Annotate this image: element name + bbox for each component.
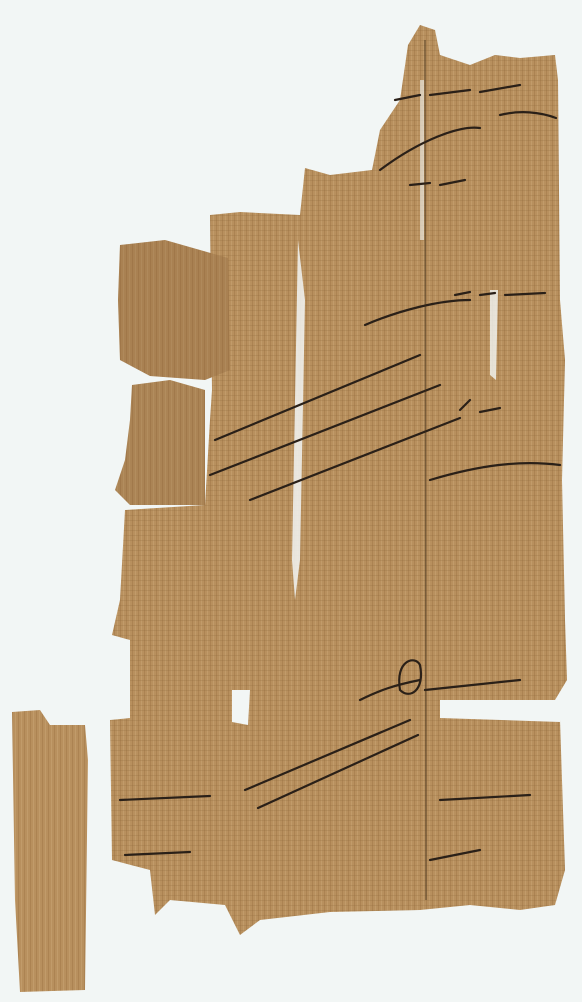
detached-strip [12, 710, 88, 992]
left-middle-fragment [115, 380, 205, 505]
left-upper-fragment [118, 240, 230, 380]
papyrus-photo [0, 0, 582, 1002]
fold-line [425, 40, 426, 900]
